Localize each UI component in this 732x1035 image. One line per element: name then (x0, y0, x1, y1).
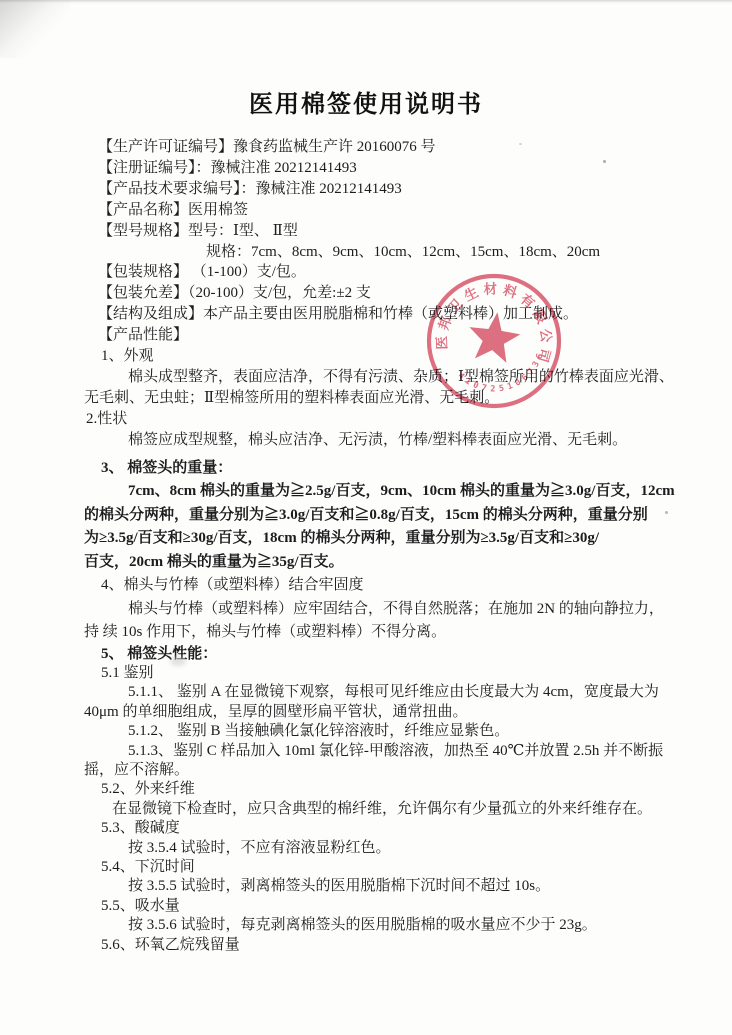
scan-edge-shadow (0, 0, 732, 4)
doc-line: 4、棉头与竹棒（或塑料棒）结合牢固度 (101, 574, 659, 598)
doc-line: 5、 棉签头性能： (101, 645, 659, 664)
doc-line: 1、外观 (101, 346, 659, 367)
doc-line: 无毛刺、无虫蛀；Ⅱ型棉签所用的塑料棒表面应光滑、无毛刺。 (84, 388, 659, 409)
doc-line: 在显微镜下检查时，应只含典型的棉纤维，允许偶尔有少量孤立的外来纤维存在。 (112, 800, 659, 819)
doc-line: 3、 棉签头的重量： (101, 457, 659, 481)
doc-line: 【注册证编号】：豫械注准 20212141493 (98, 158, 659, 179)
doc-line: 摇，应不溶解。 (84, 761, 659, 780)
doc-line: 7cm、8cm 棉头的重量为≧2.5g/百支，9cm、10cm 棉头的重量为≧3… (128, 480, 659, 504)
doc-line: 【包装允差】（20-100）支/包，允差:±2 支 (98, 283, 659, 304)
doc-line: 【型号规格】型号：Ⅰ型、 Ⅱ型 (98, 221, 659, 242)
doc-line: 40μm 的单细胞组成，呈厚的圆壁形扁平管状，通常扭曲。 (84, 703, 659, 722)
doc-line: 百支，20cm 棉头的重量为≧35g/百支。 (84, 551, 659, 575)
scan-speckle (665, 511, 668, 514)
doc-line: 持 续 10s 作用下，棉头与竹棒（或塑料棒）不得分离。 (84, 621, 659, 645)
doc-line: 按 3.5.5 试验时，剥离棉签头的医用脱脂棉下沉时间不超过 10s。 (128, 877, 659, 896)
doc-line: 棉签应成型规整，棉头应洁净、无污渍，竹棒/塑料棒表面应光滑、无毛刺。 (128, 430, 659, 451)
doc-line: 为≥3.5g/百支和≥30g/百支，18cm 的棉头分两种，重量分别为≥3.5g… (84, 527, 659, 551)
doc-line: 2.性状 (86, 409, 659, 430)
doc-line: 【产品技术要求编号】：豫械注准 20212141493 (98, 179, 659, 200)
doc-line: 5.1.2、 鉴别 B 当接触碘化氯化锌溶液时，纤维应显紫色。 (128, 722, 659, 741)
doc-line: 按 3.5.4 试验时，不应有溶液显粉红色。 (128, 839, 659, 858)
doc-line: 5.1.1、 鉴别 A 在显微镜下观察，每根可见纤维应由长度最大为 4cm，宽度… (128, 683, 659, 702)
doc-line: 的棉头分两种，重量分别为≧3.0g/百支和≧0.8g/百支，15cm 的棉头分两… (84, 504, 659, 528)
doc-line: 【生产许可证编号】豫食药监械生产许 20160076 号 (98, 137, 659, 158)
doc-body: 【生产许可证编号】豫食药监械生产许 20160076 号【注册证编号】：豫械注准… (84, 137, 659, 955)
doc-line: 5.1.3、鉴别 C 样品加入 10ml 氯化锌-甲酸溶液，加热至 40℃并放置… (128, 742, 659, 761)
doc-line: 5.5、吸水量 (101, 897, 659, 916)
scan-corner-shadow (0, 0, 70, 58)
doc-line: 规格：7cm、8cm、9cm、10cm、12cm、15cm、18cm、20cm (206, 242, 659, 263)
doc-line: 【产品名称】医用棉签 (98, 200, 659, 221)
doc-line: 5.6、环氧乙烷残留量 (101, 936, 659, 955)
doc-line: 5.2、外来纤维 (101, 780, 659, 799)
doc-title: 医用棉签使用说明书 (0, 84, 732, 119)
doc-line: 棉头成型整齐，表面应洁净，不得有污渍、杂质；Ⅰ型棉签所用的竹棒表面应光滑、 (128, 367, 659, 388)
doc-line: 【包装规格】 （1-100）支/包。 (98, 262, 659, 283)
doc-line: 【结构及组成】本产品主要由医用脱脂棉和竹棒（或塑料棒）加工制成。 (98, 304, 659, 325)
scanned-document-page: 医用棉签使用说明书 【生产许可证编号】豫食药监械生产许 20160076 号【注… (0, 0, 732, 1035)
doc-line: 棉头与竹棒（或塑料棒）应牢固结合，不得自然脱落；在施加 2N 的轴向静拉力， (128, 598, 659, 622)
doc-line: 按 3.5.6 试验时，每克剥离棉签头的医用脱脂棉的吸水量应不少于 23g。 (128, 916, 659, 935)
doc-line: 5.1 鉴别 (101, 664, 659, 683)
doc-line: 5.4、下沉时间 (101, 858, 659, 877)
doc-line: 5.3、酸碱度 (101, 819, 659, 838)
doc-line: 【产品性能】 (98, 325, 659, 346)
